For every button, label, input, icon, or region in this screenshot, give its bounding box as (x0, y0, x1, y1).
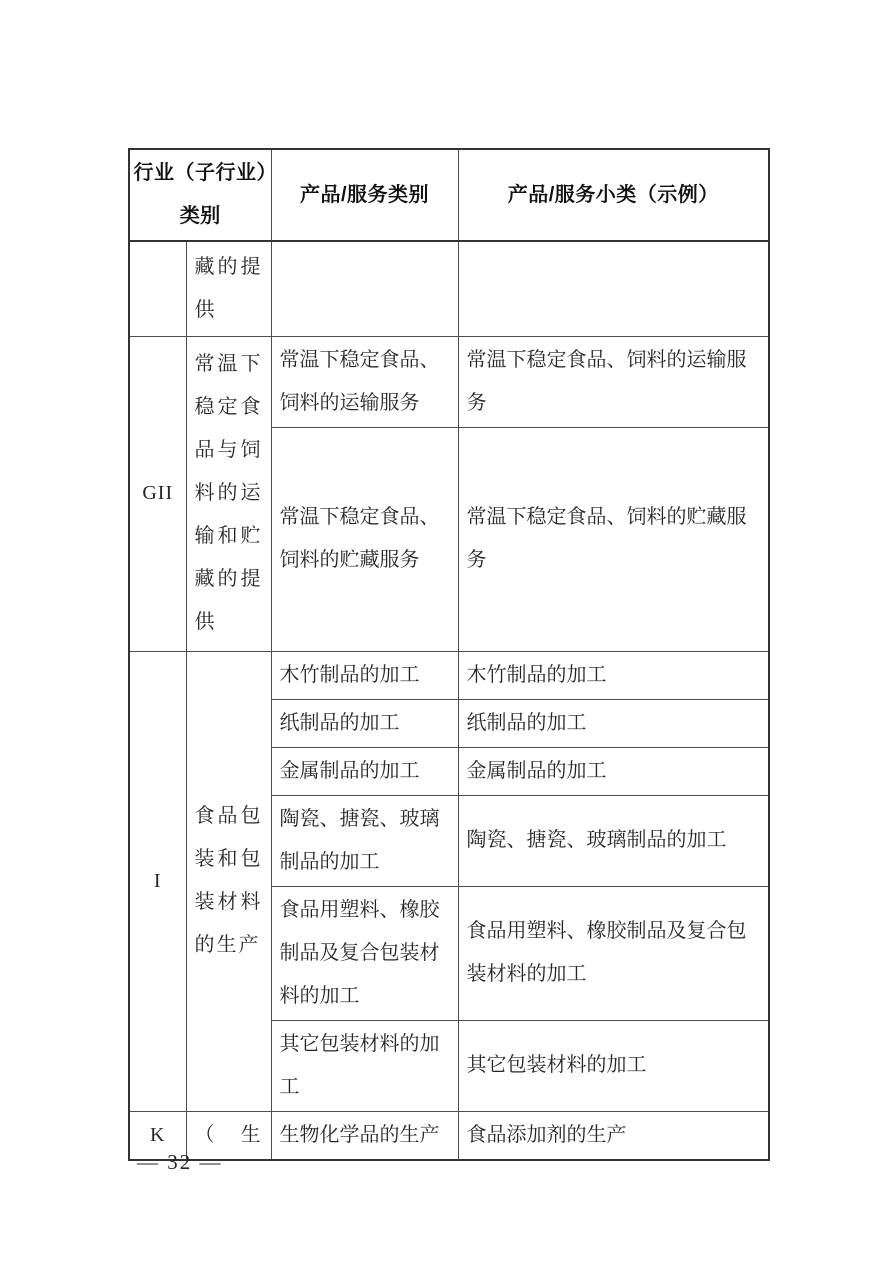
section-code-cell: GII (129, 336, 186, 651)
table-row: GII 常温下稳定食品与饲料的运输和贮藏的提供 常温下稳定食品、饲料的运输服务 … (129, 336, 769, 427)
table-row: 藏的提供 (129, 241, 769, 336)
subcategory-cell: 纸制品的加工 (458, 699, 769, 747)
classification-table: 行业（子行业）类别 产品/服务类别 产品/服务小类（示例） 藏的提供 GII 常… (128, 148, 770, 1161)
subcategory-cell: 常温下稳定食品、饲料的运输服务 (458, 336, 769, 427)
header-product-subcategory: 产品/服务小类（示例） (458, 149, 769, 241)
category-cell: 生物化学品的生产 (271, 1111, 458, 1160)
header-product-category: 产品/服务类别 (271, 149, 458, 241)
subcategory-cell: 食品添加剂的生产 (458, 1111, 769, 1160)
document-page: 行业（子行业）类别 产品/服务类别 产品/服务小类（示例） 藏的提供 GII 常… (0, 0, 892, 1262)
category-cell: 常温下稳定食品、饲料的运输服务 (271, 336, 458, 427)
subcategory-cell: 食品用塑料、橡胶制品及复合包装材料的加工 (458, 886, 769, 1020)
table-row: I 食品包装和包装材料的生产 木竹制品的加工 木竹制品的加工 (129, 651, 769, 699)
section-code-cell (129, 241, 186, 336)
category-cell: 木竹制品的加工 (271, 651, 458, 699)
category-cell: 其它包装材料的加工 (271, 1020, 458, 1111)
industry-name-cell: 藏的提供 (186, 241, 271, 336)
category-cell: 金属制品的加工 (271, 747, 458, 795)
subcategory-cell: 常温下稳定食品、饲料的贮藏服务 (458, 427, 769, 651)
subcategory-cell: 木竹制品的加工 (458, 651, 769, 699)
section-code-cell: I (129, 651, 186, 1111)
category-cell: 陶瓷、搪瓷、玻璃制品的加工 (271, 795, 458, 886)
page-number: — 32 — (137, 1141, 223, 1184)
industry-name-cell: 食品包装和包装材料的生产 (186, 651, 271, 1111)
subcategory-cell: 陶瓷、搪瓷、玻璃制品的加工 (458, 795, 769, 886)
table-row: K （ 生 生物化学品的生产 食品添加剂的生产 (129, 1111, 769, 1160)
category-cell (271, 241, 458, 336)
category-cell: 纸制品的加工 (271, 699, 458, 747)
subcategory-cell: 金属制品的加工 (458, 747, 769, 795)
industry-name-cell: 常温下稳定食品与饲料的运输和贮藏的提供 (186, 336, 271, 651)
table-header-row: 行业（子行业）类别 产品/服务类别 产品/服务小类（示例） (129, 149, 769, 241)
header-industry-category: 行业（子行业）类别 (129, 149, 271, 241)
category-cell: 常温下稳定食品、饲料的贮藏服务 (271, 427, 458, 651)
category-cell: 食品用塑料、橡胶制品及复合包装材料的加工 (271, 886, 458, 1020)
subcategory-cell: 其它包装材料的加工 (458, 1020, 769, 1111)
subcategory-cell (458, 241, 769, 336)
